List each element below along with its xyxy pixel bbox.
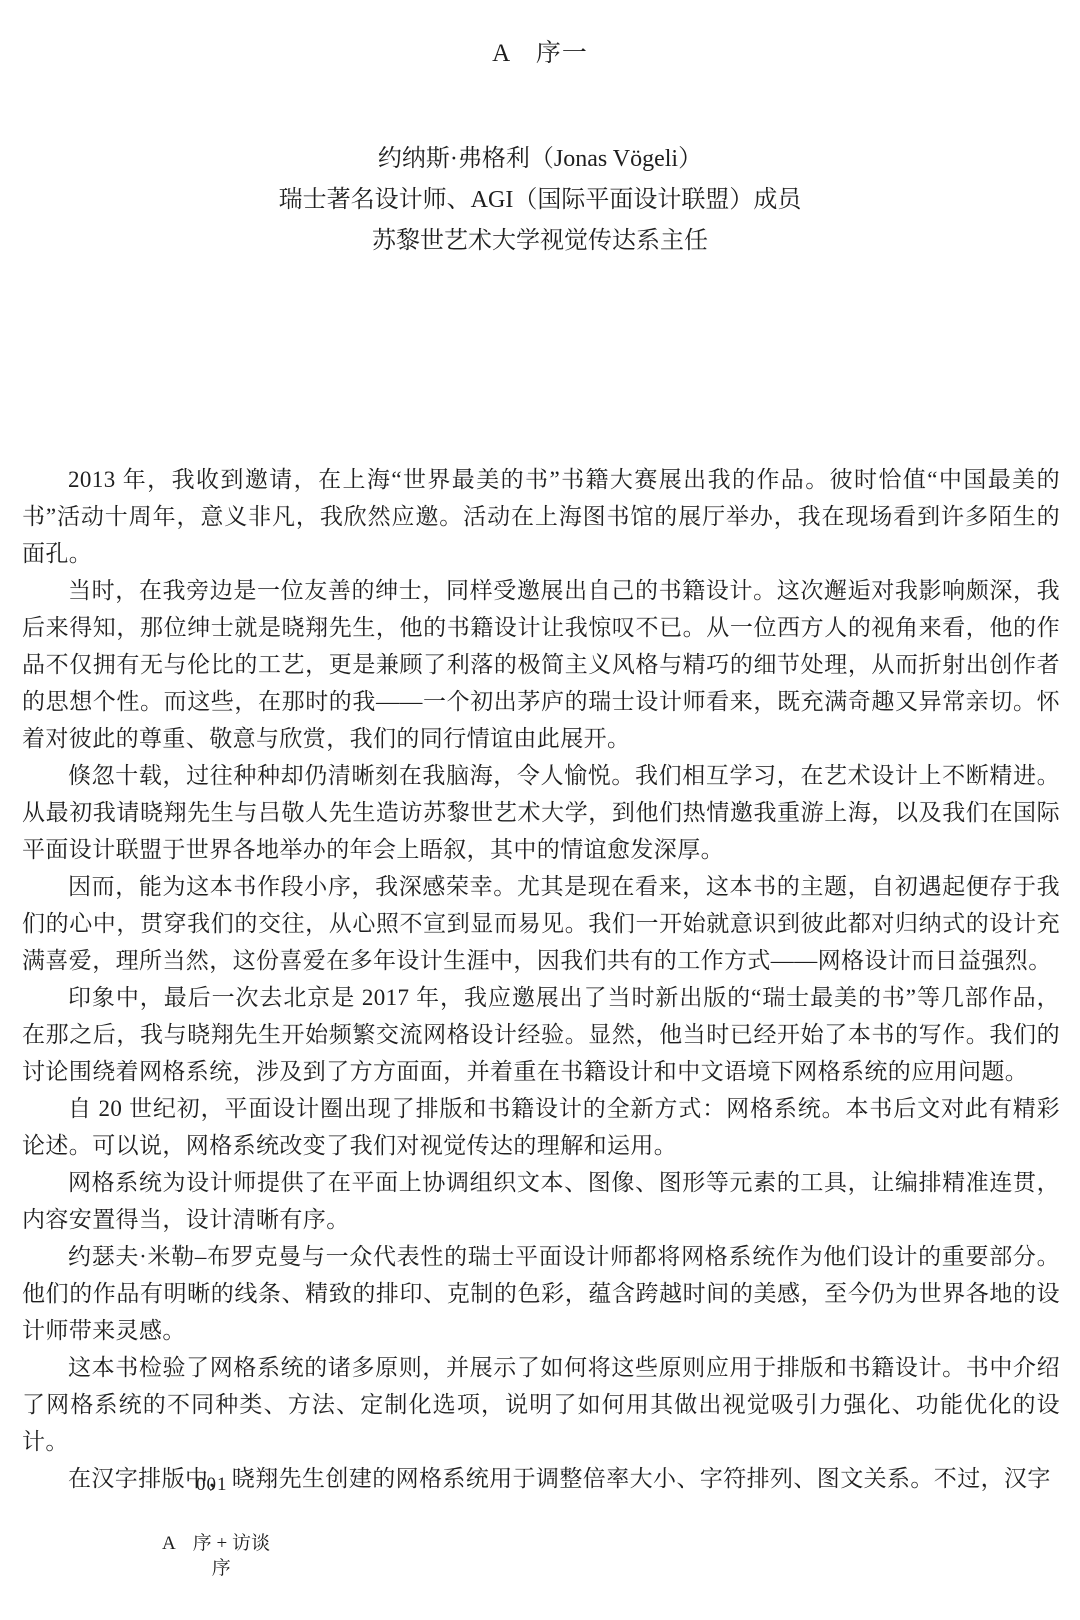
paragraph: 倏忽十载，过往种种却仍清晰刻在我脑海，令人愉悦。我们相互学习，在艺术设计上不断精… [22, 757, 1060, 868]
running-footer: A 序 + 访谈 序 [162, 1531, 270, 1581]
footer-section-letter: A [162, 1531, 176, 1581]
author-block: 约纳斯·弗格利（Jonas Vögeli） 瑞士著名设计师、AGI（国际平面设计… [0, 139, 1080, 262]
author-name: 约纳斯·弗格利（Jonas Vögeli） [0, 139, 1080, 180]
footer-section-title: 序 + 访谈 [193, 1531, 270, 1556]
footer-subsection: 序 [193, 1556, 270, 1581]
book-page: A 序一 约纳斯·弗格利（Jonas Vögeli） 瑞士著名设计师、AGI（国… [0, 0, 1080, 1620]
page-number: 001 [196, 1474, 228, 1496]
paragraph: 约瑟夫·米勒–布罗克曼与一众代表性的瑞士平面设计师都将网格系统作为他们设计的重要… [22, 1238, 1060, 1349]
footer-lines: 序 + 访谈 序 [193, 1531, 270, 1581]
paragraph: 网格系统为设计师提供了在平面上协调组织文本、图像、图形等元素的工具，让编排精准连… [22, 1164, 1060, 1238]
paragraph: 2013 年，我收到邀请，在上海“世界最美的书”书籍大赛展出我的作品。彼时恰值“… [22, 461, 1060, 572]
page-title: A 序一 [0, 33, 1080, 69]
body-text: 2013 年，我收到邀请，在上海“世界最美的书”书籍大赛展出我的作品。彼时恰值“… [22, 461, 1060, 1497]
paragraph: 因而，能为这本书作段小序，我深感荣幸。尤其是现在看来，这本书的主题，自初遇起便存… [22, 868, 1060, 979]
paragraph: 这本书检验了网格系统的诸多原则，并展示了如何将这些原则应用于排版和书籍设计。书中… [22, 1349, 1060, 1460]
author-affiliation-2: 苏黎世艺术大学视觉传达系主任 [0, 221, 1080, 262]
paragraph: 印象中，最后一次去北京是 2017 年，我应邀展出了当时新出版的“瑞士最美的书”… [22, 979, 1060, 1090]
paragraph: 在汉字排版中，晓翔先生创建的网格系统用于调整倍率大小、字符排列、图文关系。不过，… [22, 1460, 1060, 1497]
paragraph: 当时，在我旁边是一位友善的绅士，同样受邀展出自己的书籍设计。这次邂逅对我影响颇深… [22, 572, 1060, 757]
paragraph: 自 20 世纪初，平面设计圈出现了排版和书籍设计的全新方式：网格系统。本书后文对… [22, 1090, 1060, 1164]
author-affiliation-1: 瑞士著名设计师、AGI（国际平面设计联盟）成员 [0, 180, 1080, 221]
